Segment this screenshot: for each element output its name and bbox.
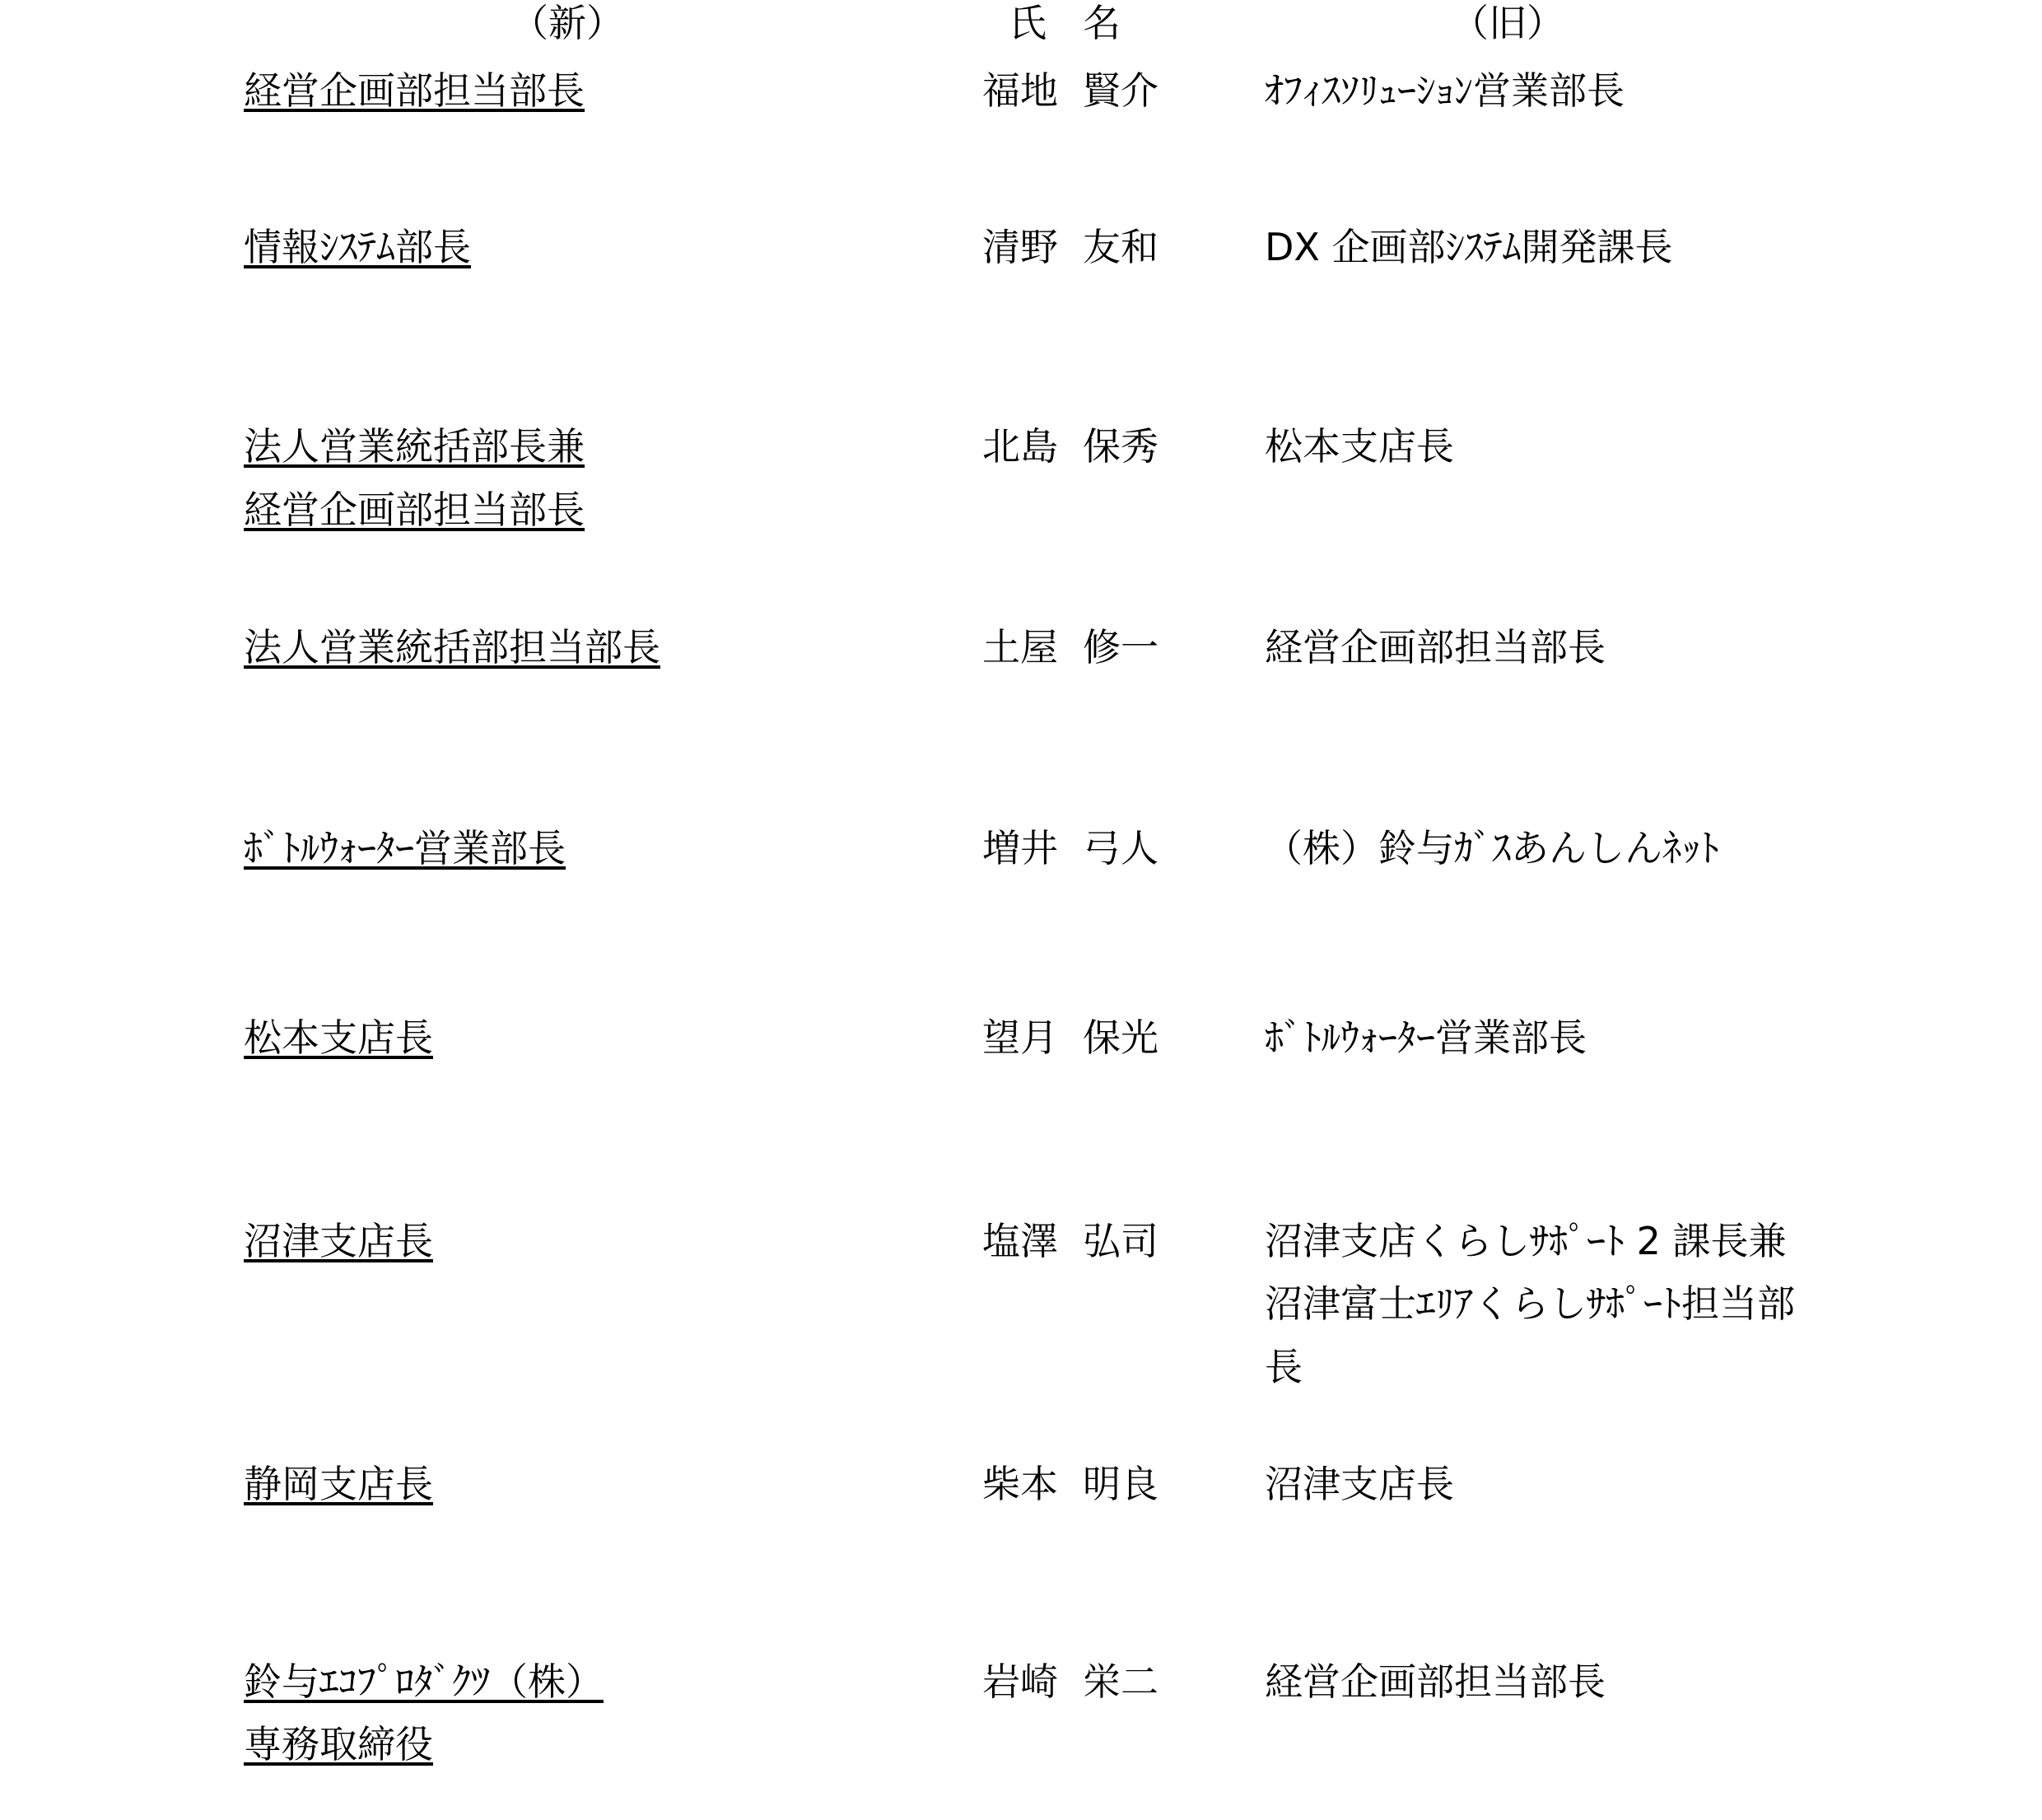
given-name: 弘司	[1083, 1221, 1159, 1261]
surname: 柴本	[982, 1464, 1058, 1504]
column-header-new: （新）	[510, 3, 624, 43]
new-position: 法人営業統括部担当部長	[244, 628, 660, 667]
new-position: 経営企画部担当部長	[244, 71, 585, 110]
given-name: 修一	[1083, 628, 1159, 667]
old-position-line-3: 長	[1265, 1347, 1303, 1387]
old-position: 経営企画部担当部長	[1265, 628, 1606, 667]
new-position: ﾎﾞﾄﾙｳｫｰﾀｰ営業部長	[244, 828, 566, 868]
old-position: ﾎﾞﾄﾙｳｫｰﾀｰ営業部長	[1265, 1018, 1587, 1057]
old-position: 松本支店長	[1265, 427, 1454, 466]
surname: 北島	[982, 427, 1058, 466]
old-position-line-2: 沼津富士ｴﾘｱくらしｻﾎﾟｰﾄ担当部	[1265, 1284, 1795, 1323]
new-position: 松本支店長	[244, 1018, 433, 1057]
surname: 福地	[982, 71, 1058, 110]
given-name: 賢介	[1083, 71, 1159, 110]
new-position: 沼津支店長	[244, 1221, 433, 1261]
old-position: DX 企画部ｼｽﾃﾑ開発課長	[1265, 227, 1673, 267]
surname: 塩澤	[982, 1221, 1058, 1261]
old-position: ｵﾌｨｽｿﾘｭｰｼｮﾝ営業部長	[1265, 71, 1625, 110]
new-position-line-2: 専務取締役	[244, 1724, 433, 1764]
old-position: 沼津支店くらしｻﾎﾟｰﾄ 2 課長兼	[1265, 1221, 1787, 1261]
given-name: 弓人	[1083, 828, 1159, 868]
surname: 望月	[982, 1018, 1058, 1057]
given-name: 保光	[1083, 1018, 1159, 1057]
old-position: 沼津支店長	[1265, 1464, 1454, 1504]
given-name: 明良	[1083, 1464, 1159, 1504]
given-name: 栄二	[1083, 1662, 1159, 1701]
new-position: 情報ｼｽﾃﾑ部長	[244, 227, 471, 267]
surname: 土屋	[982, 628, 1058, 667]
column-header-name-surname: 氏	[1009, 3, 1047, 43]
given-name: 友和	[1083, 227, 1159, 267]
surname: 岩崎	[982, 1662, 1058, 1701]
surname: 増井	[982, 828, 1058, 868]
given-name: 保秀	[1083, 427, 1159, 466]
surname: 清野	[982, 227, 1058, 267]
column-header-old: （旧）	[1451, 3, 1564, 43]
old-position: （株）鈴与ｶﾞｽあんしんﾈｯﾄ	[1265, 828, 1719, 868]
new-position-line-2: 経営企画部担当部長	[244, 490, 585, 530]
old-position: 経営企画部担当部長	[1265, 1662, 1606, 1701]
new-position: 法人営業統括部長兼	[244, 427, 585, 466]
column-header-name-given: 名	[1083, 3, 1121, 43]
new-position: 静岡支店長	[244, 1464, 433, 1504]
new-position: 鈴与ｴｺﾌﾟﾛﾀﾞｸﾂ（株）	[244, 1662, 604, 1701]
